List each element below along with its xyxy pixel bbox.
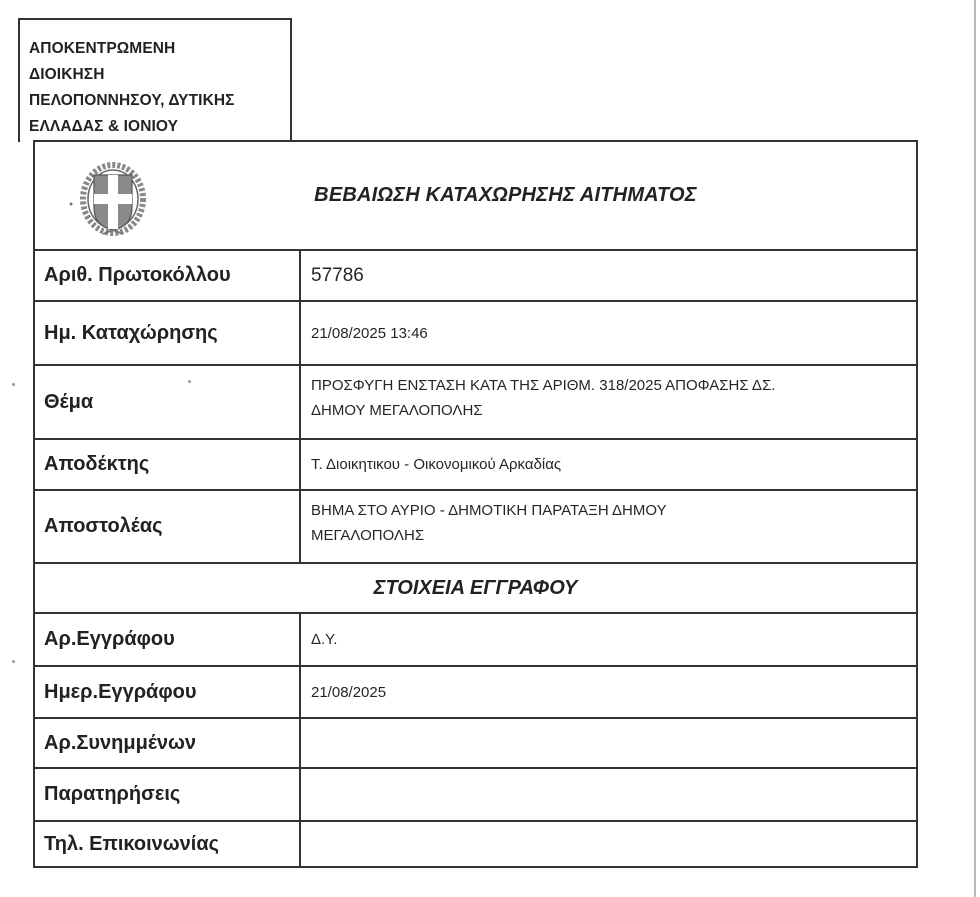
field-label: Αριθ. Πρωτοκόλλου <box>35 251 301 300</box>
field-label: Τηλ. Επικοινωνίας <box>35 822 301 866</box>
section-title: ΣΤΟΙΧΕΙΑ ΕΓΓΡΑΦΟΥ <box>35 564 916 612</box>
organization-line: ΠΕΛΟΠΟΝΝΗΣΟΥ, ΔΥΤΙΚΗΣ <box>29 88 290 114</box>
row-registration-date: Ημ. Καταχώρησης 21/08/2025 13:46 <box>35 300 916 364</box>
sender-line: ΜΕΓΑΛΟΠΟΛΗΣ <box>311 523 667 548</box>
row-contact-phone: Τηλ. Επικοινωνίας <box>35 820 916 866</box>
attachments-value <box>301 719 916 767</box>
row-protocol-number: Αριθ. Πρωτοκόλλου 57786 <box>35 249 916 300</box>
contact-phone-value <box>301 822 916 866</box>
organization-line: ΑΠΟΚΕΝΤΡΩΜΕΝΗ <box>29 36 290 62</box>
field-label: Αρ.Εγγράφου <box>35 614 301 665</box>
field-label: Ημερ.Εγγράφου <box>35 667 301 717</box>
section-header-row: ΣΤΟΙΧΕΙΑ ΕΓΓΡΑΦΟΥ <box>35 562 916 612</box>
document-number-value: Δ.Υ. <box>301 614 916 665</box>
recipient-value: Τ. Διοικητικου - Οικονομικού Αρκαδίας <box>301 440 916 489</box>
field-label: Παρατηρήσεις <box>35 769 301 820</box>
registration-certificate-table: ΒΕΒΑΙΩΣΗ ΚΑΤΑΧΩΡΗΣΗΣ ΑΙΤΗΜΑΤΟΣ Αριθ. Πρω… <box>33 140 918 868</box>
registration-date-value: 21/08/2025 13:46 <box>301 302 916 364</box>
organization-line: ΔΙΟΙΚΗΣΗ <box>29 62 290 88</box>
field-label: Αρ.Συνημμένων <box>35 719 301 767</box>
row-sender: Αποστολέας ΒΗΜΑ ΣΤΟ ΑΥΡΙΟ - ΔΗΜΟΤΙΚΗ ΠΑΡ… <box>35 489 916 562</box>
row-attachments: Αρ.Συνημμένων <box>35 717 916 767</box>
sender-line: ΒΗΜΑ ΣΤΟ ΑΥΡΙΟ - ΔΗΜΟΤΙΚΗ ΠΑΡΑΤΑΞΗ ΔΗΜΟΥ <box>311 498 667 523</box>
scan-speck <box>12 660 15 663</box>
field-label: Αποδέκτης <box>35 440 301 489</box>
row-document-date: Ημερ.Εγγράφου 21/08/2025 <box>35 665 916 717</box>
row-recipient: Αποδέκτης Τ. Διοικητικου - Οικονομικού Α… <box>35 438 916 489</box>
notes-value <box>301 769 916 820</box>
title-row: ΒΕΒΑΙΩΣΗ ΚΑΤΑΧΩΡΗΣΗΣ ΑΙΤΗΜΑΤΟΣ <box>35 142 916 249</box>
scan-speck <box>188 380 191 383</box>
subject-line: ΔΗΜΟΥ ΜΕΓΑΛΟΠΟΛΗΣ <box>311 398 775 423</box>
row-subject: Θέμα ΠΡΟΣΦΥΓΗ ΕΝΣΤΑΣΗ ΚΑΤΑ ΤΗΣ ΑΡΙΘΜ. 31… <box>35 364 916 438</box>
organization-line: ΕΛΛΑΔΑΣ & ΙΟΝΙΟΥ <box>29 114 290 140</box>
organization-box: ΑΠΟΚΕΝΤΡΩΜΕΝΗ ΔΙΟΙΚΗΣΗ ΠΕΛΟΠΟΝΝΗΣΟΥ, ΔΥΤ… <box>18 18 292 142</box>
field-label: Αποστολέας <box>35 491 301 562</box>
row-document-number: Αρ.Εγγράφου Δ.Υ. <box>35 612 916 665</box>
subject-value: ΠΡΟΣΦΥΓΗ ΕΝΣΤΑΣΗ ΚΑΤΑ ΤΗΣ ΑΡΙΘΜ. 318/202… <box>301 366 916 438</box>
document-date-value: 21/08/2025 <box>301 667 916 717</box>
sender-value: ΒΗΜΑ ΣΤΟ ΑΥΡΙΟ - ΔΗΜΟΤΙΚΗ ΠΑΡΑΤΑΞΗ ΔΗΜΟΥ… <box>301 491 916 562</box>
field-label: Ημ. Καταχώρησης <box>35 302 301 364</box>
scan-edge <box>974 0 976 897</box>
document-title: ΒΕΒΑΙΩΣΗ ΚΑΤΑΧΩΡΗΣΗΣ ΑΙΤΗΜΑΤΟΣ <box>35 142 916 249</box>
field-label: Θέμα <box>35 366 301 438</box>
row-notes: Παρατηρήσεις <box>35 767 916 820</box>
subject-line: ΠΡΟΣΦΥΓΗ ΕΝΣΤΑΣΗ ΚΑΤΑ ΤΗΣ ΑΡΙΘΜ. 318/202… <box>311 373 775 398</box>
protocol-number-value: 57786 <box>301 251 916 300</box>
scan-speck <box>12 383 15 386</box>
